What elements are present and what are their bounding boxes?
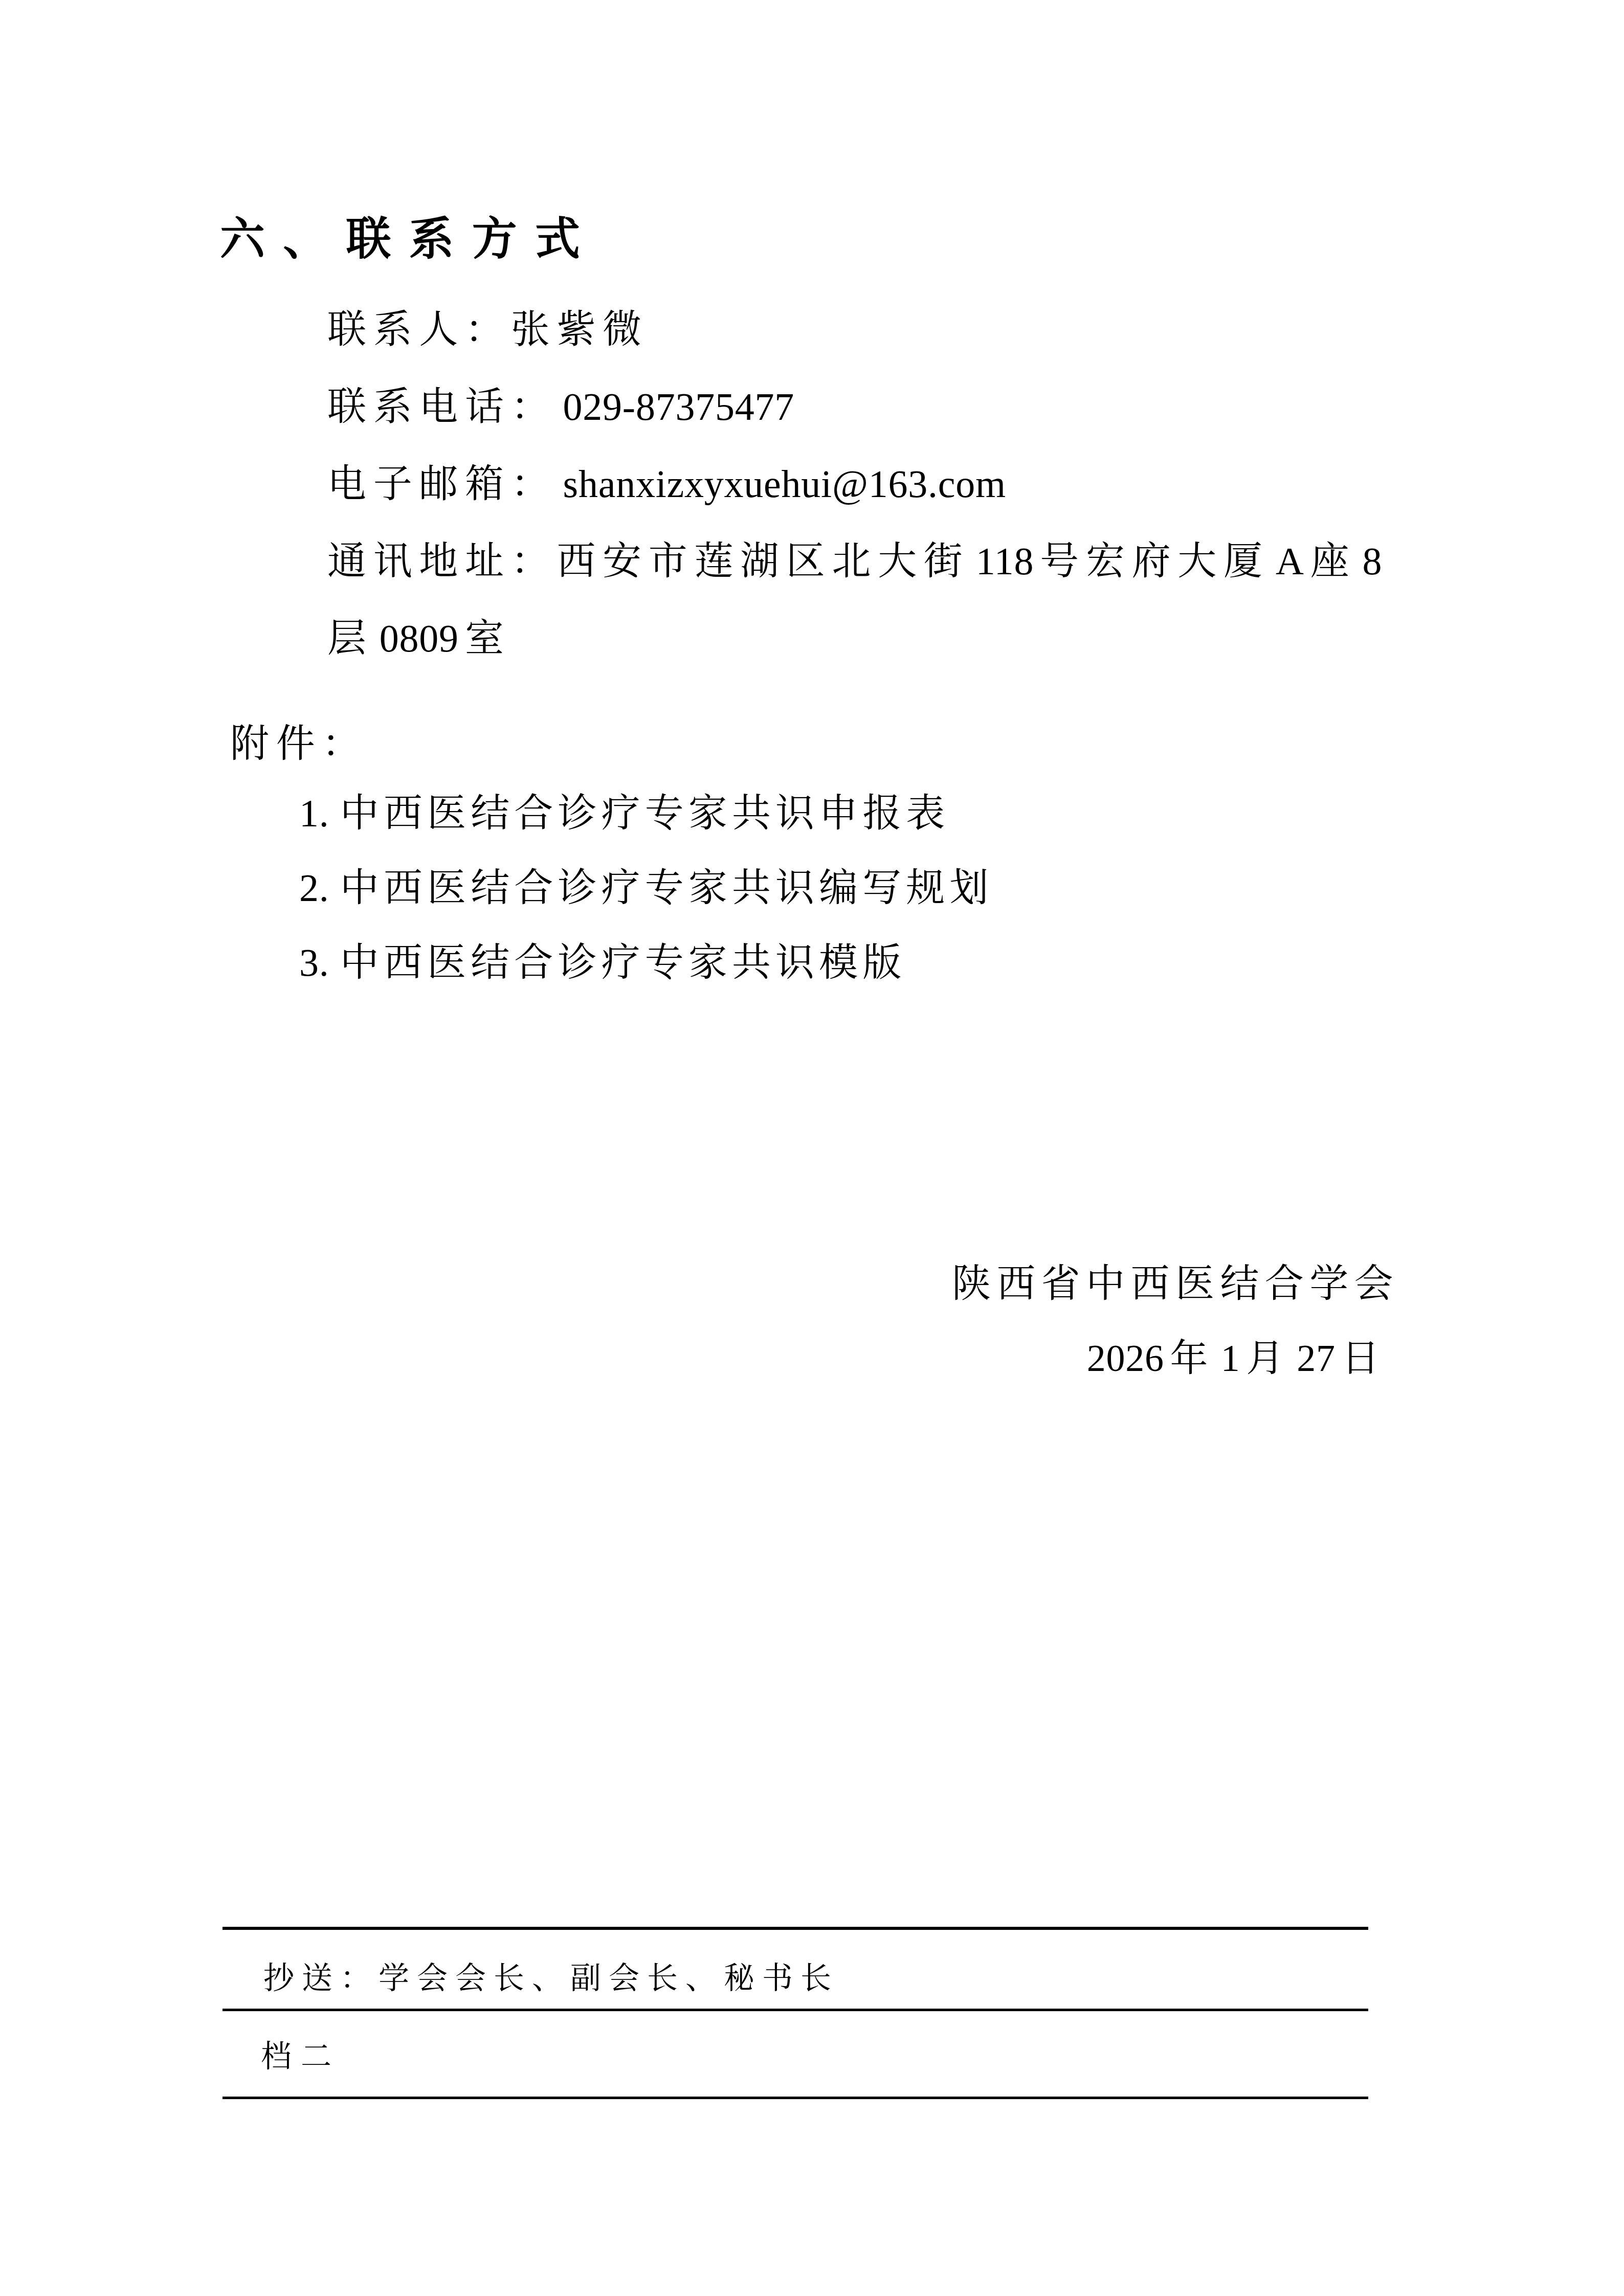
contact-phone-value: 029-87375477 <box>563 386 794 429</box>
contact-email-label: 电子邮箱： <box>327 463 557 506</box>
address-cjk-segment: 层 <box>327 617 373 660</box>
address-letter-segment: A <box>1276 540 1304 583</box>
date-month-number: 1 <box>1221 1338 1240 1380</box>
document-page: 六、联系方式 联系人：张紫微 联系电话：029-87375477 电子邮箱：sh… <box>0 0 1624 2296</box>
address-cjk-segment: 通讯地址：西安市莲湖区北大街 <box>327 540 970 583</box>
signature-date: 2026年1月27日 <box>1081 1337 1386 1381</box>
contact-email-value: shanxizxyxuehui@163.com <box>563 463 1006 506</box>
contact-email-line: 电子邮箱：shanxizxyxuehui@163.com <box>327 462 1012 507</box>
attachments-label-text: 附件： <box>230 723 368 766</box>
attachment-item-number: 1. <box>299 792 329 835</box>
date-day-char: 日 <box>1342 1338 1386 1380</box>
attachment-item-number: 2. <box>299 867 329 910</box>
address-number-segment: 118 <box>976 540 1034 583</box>
footer-divider-bottom <box>223 2097 1368 2099</box>
date-year-char: 年 <box>1170 1338 1214 1380</box>
contact-phone-label: 联系电话： <box>327 386 557 429</box>
address-cjk-segment: 室 <box>465 617 511 660</box>
section-heading: 六、联系方式 <box>220 214 598 265</box>
attachment-item-text: 中西医结合诊疗专家共识申报表 <box>340 792 950 835</box>
signature-organization: 陕西省中西医结合学会 <box>952 1262 1399 1307</box>
attachment-item-number: 3. <box>299 941 329 984</box>
date-year-number: 2026 <box>1087 1338 1164 1380</box>
date-day-number: 27 <box>1297 1338 1335 1380</box>
attachment-item-text: 中西医结合诊疗专家共识编写规划 <box>340 867 993 910</box>
contact-phone-line: 联系电话：029-87375477 <box>327 385 800 430</box>
footer-cc-line: 抄送：学会会长、副会长、秘书长 <box>263 1961 839 1996</box>
footer-archive-line: 档二 <box>261 2039 341 2075</box>
contact-address-line-2: 层0809室 <box>327 617 511 661</box>
attachment-item-3: 3.中西医结合诊疗专家共识模版 <box>299 941 906 985</box>
address-number-segment: 0809 <box>380 617 459 660</box>
attachment-item-1: 1.中西医结合诊疗专家共识申报表 <box>299 792 949 836</box>
attachments-label: 附件： <box>230 722 368 767</box>
address-number-segment: 8 <box>1363 540 1383 583</box>
footer-divider-middle <box>223 2009 1368 2011</box>
attachment-item-text: 中西医结合诊疗专家共识模版 <box>340 941 906 984</box>
contact-person-line: 联系人：张紫微 <box>327 308 649 352</box>
date-month-char: 月 <box>1246 1338 1291 1380</box>
footer-divider-top <box>223 1927 1368 1930</box>
contact-person-text: 联系人：张紫微 <box>327 308 649 351</box>
address-cjk-segment: 座 <box>1310 540 1356 583</box>
attachment-item-2: 2.中西医结合诊疗专家共识编写规划 <box>299 866 993 911</box>
contact-address-line-1: 通讯地址：西安市莲湖区北大街118号宏府大厦A座8 <box>327 539 1388 584</box>
address-cjk-segment: 号宏府大厦 <box>1040 540 1269 583</box>
